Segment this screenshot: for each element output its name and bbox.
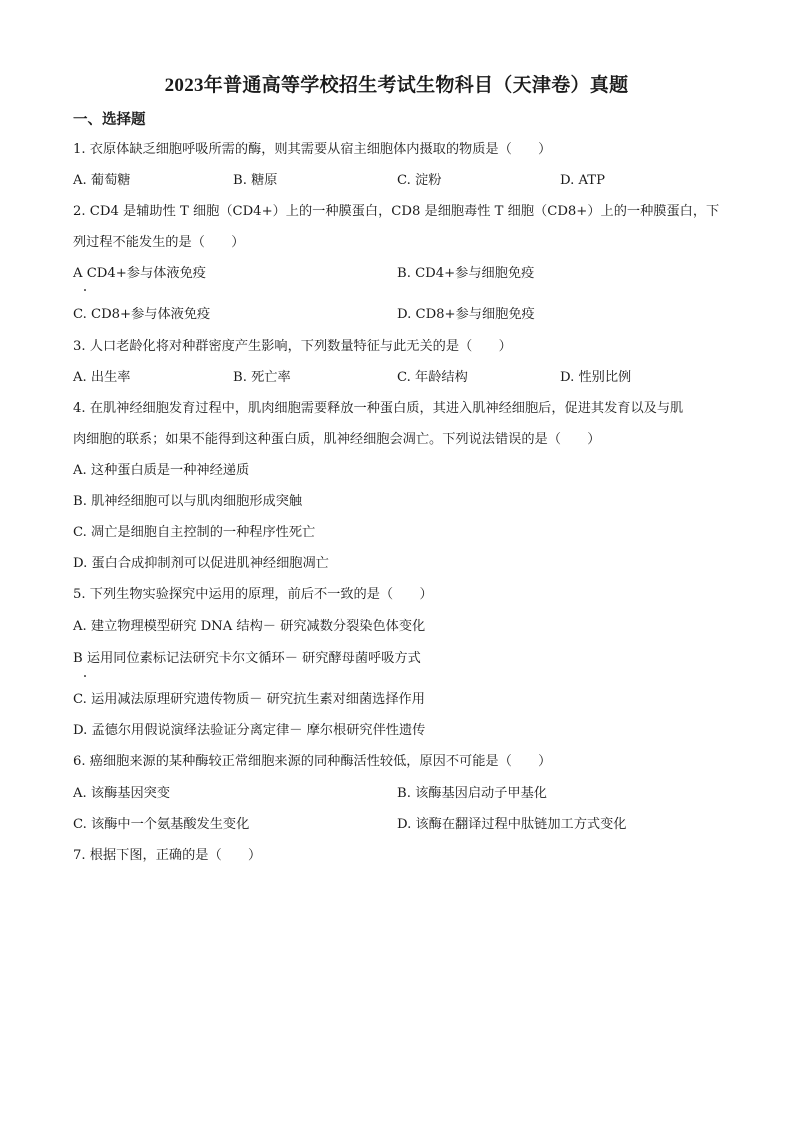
question-1-option-b: B. 糖原 — [233, 172, 277, 190]
question-3-option-b: B. 死亡率 — [233, 369, 291, 387]
question-4-option-b: B. 肌神经细胞可以与肌肉细胞形成突触 — [73, 493, 302, 511]
stray-period-dot — [84, 289, 86, 291]
question-1-option-a: A. 葡萄糖 — [73, 172, 130, 190]
stray-period-dot — [84, 675, 86, 677]
question-3-option-d: D. 性别比例 — [560, 369, 631, 387]
question-2-stem-line-1: 2. CD4 是辅助性 T 细胞（CD4+）上的一种膜蛋白，CD8 是细胞毒性 … — [73, 203, 719, 221]
question-6-option-a: A. 该酶基因突变 — [73, 785, 170, 803]
question-4-option-a: A. 这种蛋白质是一种神经递质 — [73, 462, 249, 480]
question-4-option-d: D. 蛋白合成抑制剂可以促进肌神经细胞凋亡 — [73, 555, 329, 573]
question-6-option-b: B. 该酶基因启动子甲基化 — [397, 785, 547, 803]
question-6-option-c: C. 该酶中一个氨基酸发生变化 — [73, 816, 249, 834]
question-2-stem-line-2: 列过程不能发生的是（ ） — [73, 234, 244, 252]
question-1-option-d: D. ATP — [560, 172, 605, 190]
question-4-stem-line-2: 肉细胞的联系；如果不能得到这种蛋白质，肌神经细胞会凋亡。下列说法错误的是（ ） — [73, 431, 601, 449]
question-3-option-c: C. 年龄结构 — [397, 369, 468, 387]
question-5-option-b: B 运用同位素标记法研究卡尔文循环－ 研究酵母菌呼吸方式 — [73, 650, 421, 668]
question-2-option-d: D. CD8+参与细胞免疫 — [397, 306, 535, 324]
page-title: 2023年普通高等学校招生考试生物科目（天津卷）真题 — [0, 70, 793, 97]
question-6-option-d: D. 该酶在翻译过程中肽链加工方式变化 — [397, 816, 627, 834]
question-2-option-a: A CD4+参与体液免疫 — [73, 265, 206, 283]
question-2-option-c: C. CD8+参与体液免疫 — [73, 306, 210, 324]
question-3-option-a: A. 出生率 — [73, 369, 130, 387]
section-heading: 一、选择题 — [73, 108, 146, 129]
question-7-stem: 7. 根据下图，正确的是（ ） — [73, 847, 261, 865]
question-1-option-c: C. 淀粉 — [397, 172, 441, 190]
question-4-option-c: C. 凋亡是细胞自主控制的一种程序性死亡 — [73, 524, 315, 542]
question-2-option-b: B. CD4+参与细胞免疫 — [397, 265, 534, 283]
question-5-stem: 5. 下列生物实验探究中运用的原理，前后不一致的是（ ） — [73, 586, 433, 604]
question-4-stem-line-1: 4. 在肌神经细胞发育过程中，肌肉细胞需要释放一种蛋白质，其进入肌神经细胞后，促… — [73, 400, 683, 418]
question-5-option-d: D. 孟德尔用假说演绎法验证分离定律－ 摩尔根研究伴性遗传 — [73, 722, 425, 740]
question-1-stem: 1. 衣原体缺乏细胞呼吸所需的酶，则其需要从宿主细胞体内摄取的物质是（ ） — [73, 141, 551, 159]
question-5-option-c: C. 运用减法原理研究遗传物质－ 研究抗生素对细菌选择作用 — [73, 691, 425, 709]
question-3-stem: 3. 人口老龄化将对种群密度产生影响，下列数量特征与此无关的是（ ） — [73, 338, 512, 356]
question-5-option-a: A. 建立物理模型研究 DNA 结构－ 研究减数分裂染色体变化 — [73, 618, 425, 636]
question-6-stem: 6. 癌细胞来源的某种酶较正常细胞来源的同种酶活性较低，原因不可能是（ ） — [73, 753, 551, 771]
